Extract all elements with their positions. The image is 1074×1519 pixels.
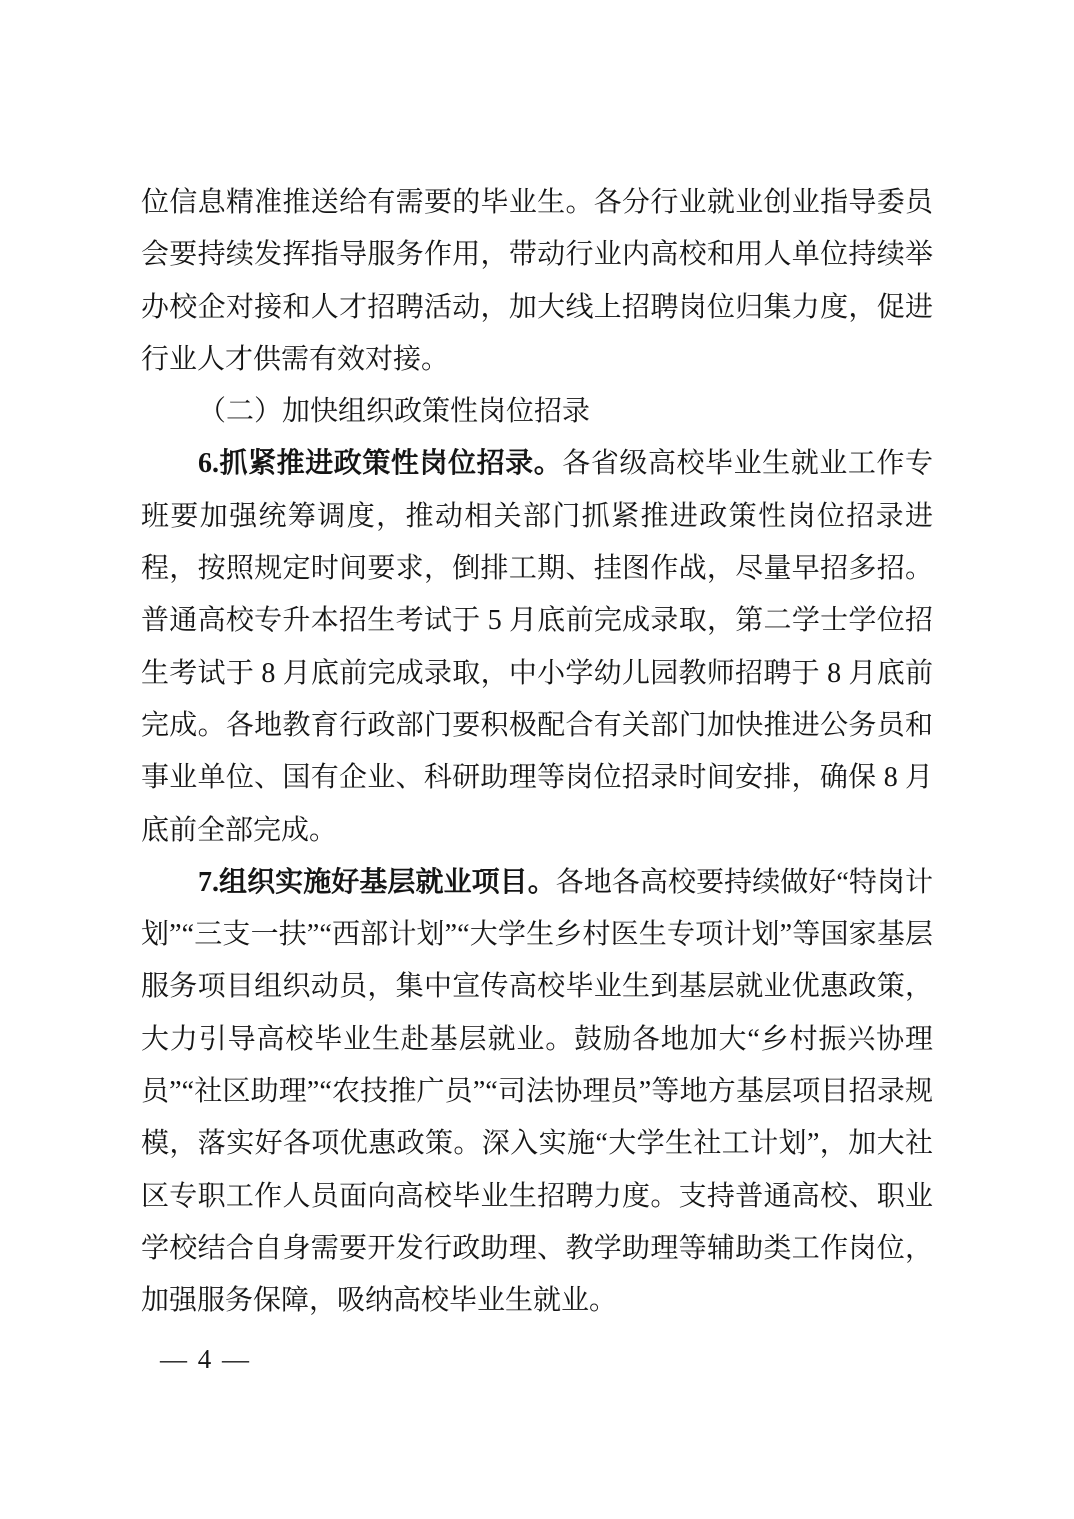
paragraph-continuation: 位信息精准推送给有需要的毕业生。各分行业就业创业指导委员会要持续发挥指导服务作用… bbox=[141, 177, 933, 386]
section-heading-text: （二）加快组织政策性岗位招录 bbox=[198, 396, 590, 427]
item-7-body: 各地各高校要持续做好“特岗计划”“三支一扶”“西部计划”“大学生乡村医生专项计划… bbox=[141, 867, 933, 1316]
paragraph-item-7: 7.组织实施好基层就业项目。各地各高校要持续做好“特岗计划”“三支一扶”“西部计… bbox=[141, 857, 933, 1328]
page-number-text: — 4 — bbox=[160, 1344, 251, 1374]
page-number: — 4 — bbox=[160, 1344, 251, 1375]
document-page: 位信息精准推送给有需要的毕业生。各分行业就业创业指导委员会要持续发挥指导服务作用… bbox=[0, 0, 1074, 1519]
paragraph-item-6: 6.抓紧推进政策性岗位招录。各省级高校毕业生就业工作专班要加强统筹调度，推动相关… bbox=[141, 438, 933, 856]
item-6-lead: 6.抓紧推进政策性岗位招录。 bbox=[198, 448, 562, 479]
item-6-body: 各省级高校毕业生就业工作专班要加强统筹调度，推动相关部门抓紧推进政策性岗位招录进… bbox=[141, 448, 933, 845]
document-body: 位信息精准推送给有需要的毕业生。各分行业就业创业指导委员会要持续发挥指导服务作用… bbox=[141, 177, 933, 1328]
item-7-lead: 7.组织实施好基层就业项目。 bbox=[198, 867, 556, 898]
section-heading: （二）加快组织政策性岗位招录 bbox=[141, 386, 933, 438]
paragraph-continuation-text: 位信息精准推送给有需要的毕业生。各分行业就业创业指导委员会要持续发挥指导服务作用… bbox=[141, 187, 933, 375]
